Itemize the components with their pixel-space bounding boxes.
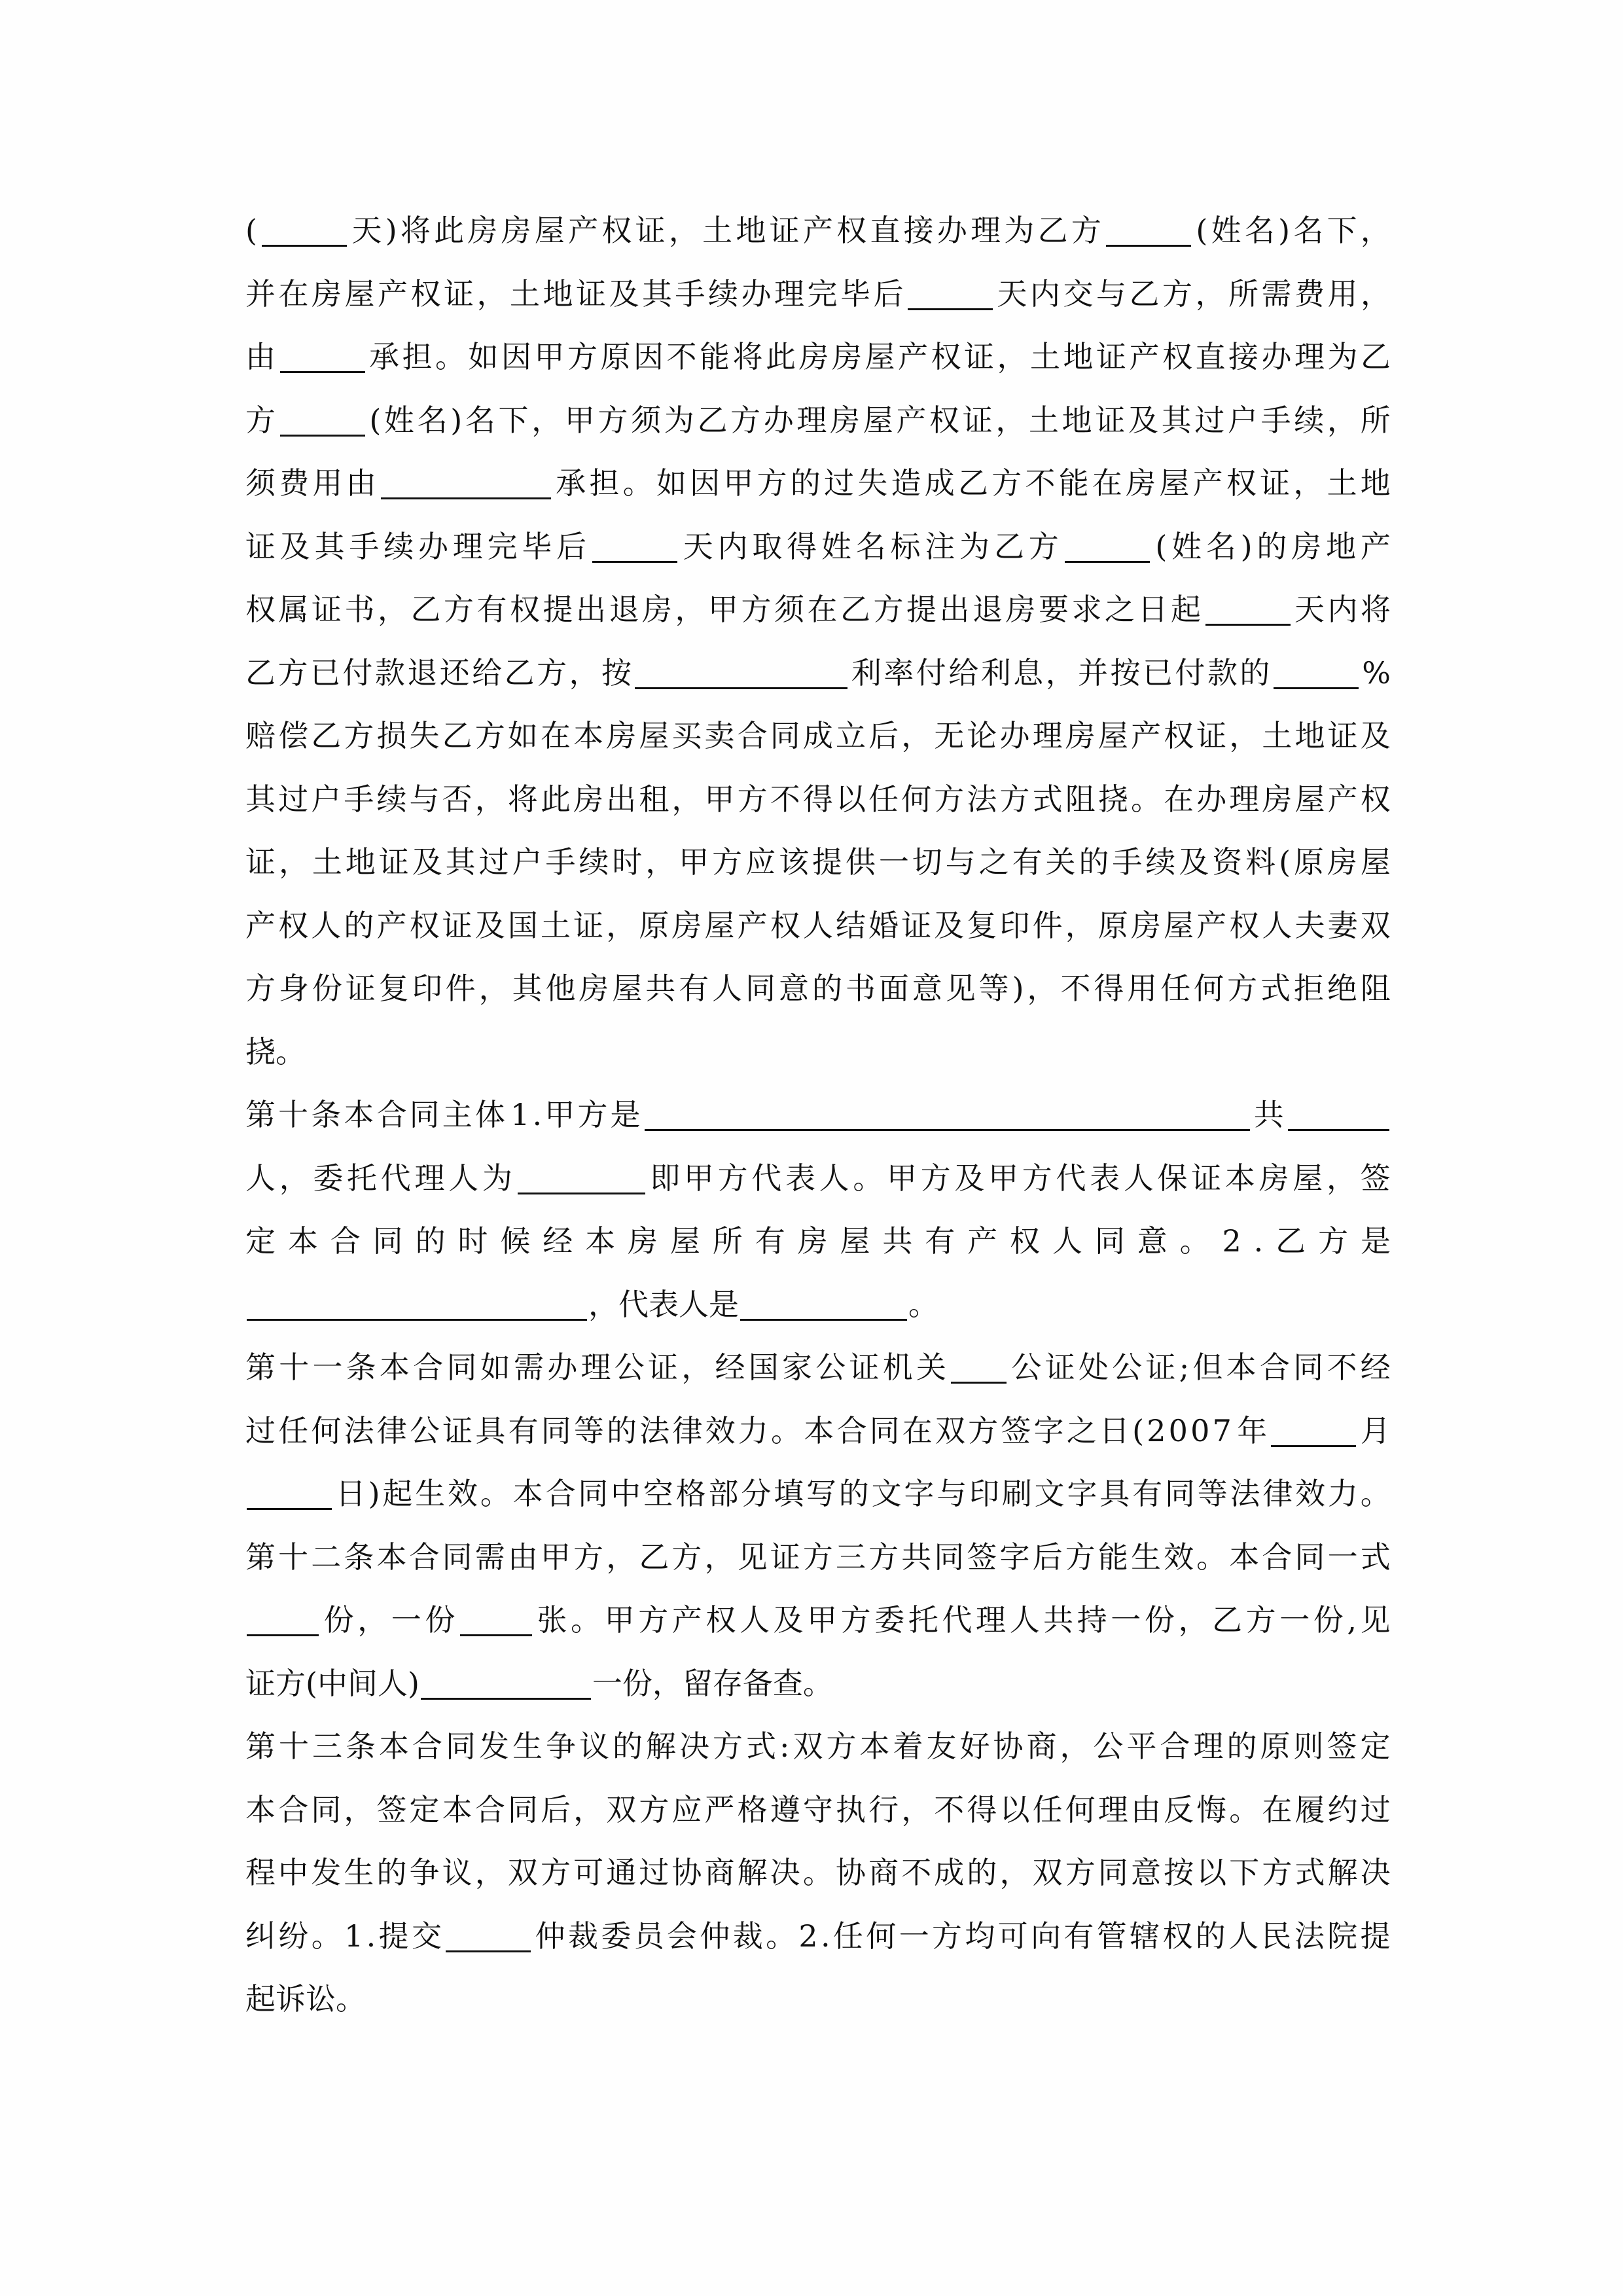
text-segment: 屋 [1361, 842, 1391, 882]
text-segment: 屋 [840, 1221, 870, 1261]
text-segment: 解 [1328, 1853, 1358, 1892]
text-segment: ， [901, 1790, 931, 1829]
text-segment: 其 [512, 969, 543, 1008]
text-segment: 以 [1196, 1853, 1226, 1892]
text-segment: 复 [379, 969, 409, 1008]
text-line: 证及其手续办理完毕后天内取得姓名标注为乙方(姓名)的房地产 [245, 527, 1391, 590]
text-segment: 证 [635, 211, 666, 250]
text-segment: 有 [1063, 1916, 1094, 1956]
text-line: 其过户手续与否，将此房出租，甲方不得以任何方法方式阻挠。在办理房屋产权 [245, 780, 1391, 843]
text-segment: 证 [1146, 1348, 1176, 1387]
text-segment: 何 [1194, 969, 1224, 1008]
text-segment: ( [1196, 211, 1207, 250]
text-segment: 印 [412, 969, 442, 1008]
text-segment: 屋 [670, 1221, 700, 1261]
text-segment: 方 [577, 1095, 607, 1134]
text-segment: . [366, 1916, 376, 1956]
text-segment: 屋 [612, 969, 642, 1008]
text-segment: 不 [901, 1853, 931, 1892]
text-segment: 方 [573, 1537, 603, 1577]
text-segment: 原 [1260, 1727, 1291, 1766]
text-segment: 同 [541, 1411, 571, 1450]
text-segment: 共 [882, 1221, 912, 1261]
text-segment: 方 [1022, 1158, 1052, 1198]
text-segment: 屋 [345, 274, 375, 314]
text-segment: 甲 [807, 1600, 837, 1640]
text-segment: 已 [310, 653, 340, 692]
fill-in-blank[interactable] [280, 401, 365, 437]
text-segment: 证 [346, 969, 376, 1008]
text-segment: 担 [589, 463, 619, 503]
text-segment: 利 [981, 653, 1011, 692]
text-segment: 同 [373, 1221, 403, 1261]
fill-in-blank[interactable] [421, 1664, 591, 1700]
text-segment: 办 [764, 401, 794, 440]
fill-in-blank[interactable] [247, 1600, 319, 1636]
fill-in-blank[interactable] [1274, 653, 1359, 689]
text-segment: 屋 [1098, 716, 1128, 755]
text-segment: 权 [278, 906, 308, 945]
text-segment: 方 [245, 401, 276, 440]
text-segment: 房 [1131, 906, 1161, 945]
text-segment: 付 [342, 653, 372, 692]
text-segment: 承 [556, 463, 586, 503]
text-segment: 与 [936, 1474, 967, 1513]
text-segment: 方 [1262, 1853, 1292, 1892]
text-line: (天)将此房房屋产权证，土地证产权直接办理为乙方(姓名)名下， [245, 211, 1391, 274]
fill-in-blank[interactable] [1271, 1411, 1356, 1447]
text-segment: 方 [671, 1537, 702, 1577]
text-segment: 所 [713, 1221, 743, 1261]
text-segment: 任 [833, 1916, 863, 1956]
text-line: 人，委托代理人为即甲方代表人。甲方及甲方代表人保证本房屋，签 [245, 1158, 1391, 1222]
text-segment: 按 [601, 653, 632, 692]
text-line: 日)起生效。本合同中空格部分填写的文字与印刷文字具有同等法律效力。 [245, 1474, 1391, 1537]
text-segment: 十 [279, 1348, 309, 1387]
text-segment: 共 [1043, 1600, 1073, 1640]
text-segment: 须 [631, 401, 661, 440]
text-segment: 纠 [245, 1916, 276, 1956]
text-segment: 按 [1164, 1853, 1194, 1892]
text-segment: 力 [738, 1411, 768, 1450]
text-line: 乙方已付款退还给乙方，按利率付给利息，并按已付款的% [245, 653, 1391, 717]
text-segment: 本 [442, 1790, 473, 1829]
text-segment: 仲 [700, 1916, 730, 1956]
text-segment: 乙 [442, 716, 473, 755]
text-segment: 均 [965, 1916, 995, 1956]
fill-in-blank[interactable] [592, 527, 677, 563]
text-segment: ， [573, 1790, 603, 1829]
text-segment: 地 [346, 842, 376, 882]
text-segment: 地 [1361, 463, 1391, 503]
text-segment: 。 [1196, 1537, 1226, 1577]
text-line: 产权人的产权证及国土证，原房屋产权人结婚证及复印件，原房屋产权人夫妻双 [245, 906, 1391, 969]
text-segment: 权 [1226, 463, 1257, 503]
text-segment: 何 [1065, 1790, 1096, 1829]
text-segment: % [1362, 653, 1391, 692]
text-segment: 证 [964, 337, 994, 376]
text-segment: ， [569, 653, 599, 692]
text-segment: 如 [480, 1348, 510, 1387]
text-segment: 方 [713, 1727, 743, 1766]
text-segment: 房 [1262, 780, 1292, 819]
text-segment: 同 [447, 1348, 477, 1387]
text-segment: 出 [576, 590, 606, 629]
text-segment: 。 [853, 1158, 883, 1198]
text-segment: ， [344, 1790, 374, 1829]
text-segment: 续 [383, 527, 414, 566]
text-segment: 证 [770, 211, 800, 250]
text-segment: 同 [508, 1790, 538, 1829]
text-segment: ， [1361, 211, 1391, 250]
text-segment: 屋 [1293, 1158, 1323, 1198]
text-segment: 。 [571, 1600, 601, 1640]
fill-in-blank[interactable] [1106, 211, 1191, 247]
fill-in-blank[interactable] [280, 337, 365, 373]
text-segment: 决 [1361, 1853, 1391, 1892]
text-segment: 办 [1262, 337, 1292, 376]
text-segment: 有 [755, 1221, 785, 1261]
text-segment: 成 [934, 1853, 964, 1892]
text-segment: 取 [752, 527, 782, 566]
text-segment: 提 [1361, 1916, 1391, 1956]
text-segment: 合 [413, 1348, 443, 1387]
text-segment: 第 [245, 1348, 276, 1387]
fill-in-blank[interactable] [381, 463, 551, 499]
text-line: 第十二条本合同需由甲方，乙方，见证方三方共同签字后方能生效。本合同一式 [245, 1537, 1391, 1601]
text-segment: 土 [702, 211, 732, 250]
text-segment: 户 [1228, 401, 1258, 440]
text-segment: 续 [579, 842, 609, 882]
text-segment: 过 [639, 1853, 669, 1892]
text-segment: 付 [916, 653, 946, 692]
text-segment: 过 [278, 780, 308, 819]
text-segment: 人 [1228, 1916, 1258, 1956]
text-segment: 阻 [1361, 969, 1391, 1008]
text-segment: 合 [738, 716, 768, 755]
text-segment: 格 [676, 1474, 706, 1513]
text-segment: 方 [567, 337, 597, 376]
text-segment: 绝 [1327, 969, 1357, 1008]
text-segment: 合 [330, 1221, 361, 1261]
fill-in-blank[interactable] [1205, 590, 1291, 626]
text-segment: 乙 [311, 716, 341, 755]
text-segment: 并 [1078, 653, 1108, 692]
text-segment: 本 [573, 716, 603, 755]
text-segment: 张 [537, 1600, 567, 1640]
text-segment: 本 [513, 1474, 543, 1513]
text-segment: 姓 [1211, 211, 1241, 250]
text-segment: 及 [1179, 842, 1209, 882]
text-segment: 裁 [733, 1916, 763, 1956]
text-segment: 本 [245, 1790, 276, 1829]
text-segment: 产 [376, 906, 406, 945]
text-segment: 执 [836, 1790, 866, 1829]
text-segment: 主 [442, 1095, 473, 1134]
text-segment: 合 [1262, 1537, 1292, 1577]
text-segment: 好 [960, 1727, 990, 1766]
text-segment: 一 [391, 1600, 421, 1640]
text-segment: 的 [613, 1727, 643, 1766]
text-segment: 接 [904, 211, 934, 250]
text-segment: 。 [803, 1853, 833, 1892]
text-segment: 理 [971, 211, 1001, 250]
fill-in-blank[interactable] [262, 211, 347, 247]
text-segment: 土 [541, 906, 571, 945]
text-segment: 。 [623, 463, 653, 503]
text-segment: 协 [671, 1853, 702, 1892]
text-segment: ， [671, 780, 702, 819]
text-segment: . [821, 1916, 830, 1956]
text-segment: 中 [611, 1474, 641, 1513]
text-segment: 权 [411, 274, 441, 314]
text-segment: 本 [376, 1537, 406, 1577]
text-segment: 产 [1130, 337, 1160, 376]
fill-in-blank[interactable] [1288, 1095, 1389, 1131]
text-segment: 须 [245, 463, 276, 503]
text-segment: 由 [1131, 1790, 1161, 1829]
text-segment: ， [475, 780, 505, 819]
text-segment: 屋 [863, 401, 893, 440]
text-segment: 表 [1090, 1158, 1120, 1198]
text-segment: 其 [245, 780, 276, 819]
text-segment: 办 [937, 211, 967, 250]
text-segment: 供 [846, 842, 876, 882]
text-segment: 可 [573, 1853, 603, 1892]
text-segment: 应 [671, 1790, 702, 1829]
text-segment: 有 [1012, 842, 1043, 882]
text-segment: 合 [377, 1095, 407, 1134]
text-segment: 承 [369, 337, 399, 376]
text-segment: 能 [1098, 1537, 1128, 1577]
text-segment: 此 [766, 337, 796, 376]
text-segment: 名 [1245, 211, 1275, 250]
text-segment: 国 [749, 1348, 779, 1387]
text-segment: 方 [541, 1853, 571, 1892]
text-segment: 将 [1361, 590, 1391, 629]
text-segment: 房 [1327, 842, 1357, 882]
text-segment: 屋 [865, 337, 895, 376]
text-line: 挠。 [245, 1032, 1391, 1096]
text-segment: 挠。 [245, 1032, 306, 1071]
text-segment: 房 [832, 337, 862, 376]
text-segment: 天 [683, 527, 713, 566]
text-segment: 合 [278, 1790, 308, 1829]
text-segment: 权 [1162, 337, 1192, 376]
text-segment: 方 [741, 590, 772, 629]
text-segment: 份 [324, 1600, 354, 1640]
text-segment: 机 [883, 1348, 913, 1387]
text-segment: 后 [874, 274, 904, 314]
text-segment: 即 [650, 1158, 680, 1198]
text-segment: ， [645, 842, 675, 882]
text-segment: 家 [782, 1348, 812, 1387]
text-segment: 注 [925, 527, 955, 566]
text-segment: 由 [245, 337, 276, 376]
text-segment: 完 [488, 527, 518, 566]
text-segment: 方 [1029, 527, 1059, 566]
text-segment: 费 [279, 463, 309, 503]
text-segment: 及 [774, 1600, 804, 1640]
fill-in-blank[interactable] [645, 1095, 1250, 1131]
text-segment: 1 [510, 1095, 529, 1134]
text-segment: 房 [606, 716, 636, 755]
text-segment: 婚 [868, 906, 899, 945]
text-segment: 解 [646, 1727, 676, 1766]
fill-in-blank[interactable] [1065, 527, 1150, 563]
text-segment: 0 [1190, 1411, 1209, 1450]
text-segment: 何 [311, 1411, 341, 1450]
text-segment: ( [1279, 842, 1291, 882]
text-segment: ， [1000, 1853, 1030, 1892]
text-segment: 证 [648, 1348, 678, 1387]
fill-in-blank[interactable] [460, 1600, 532, 1636]
text-segment: 合 [1260, 1348, 1290, 1387]
text-segment: 乙 [1130, 274, 1160, 314]
text-segment: 公 [615, 1348, 645, 1387]
text-segment: 院 [1327, 1916, 1357, 1956]
text-segment: 同 [770, 716, 800, 755]
text-segment: 共 [1254, 1095, 1284, 1134]
text-line: 并在房屋产权证，土地证及其手续办理完毕后天内交与乙方，所需费用， [245, 274, 1391, 338]
text-segment: 同 [578, 1474, 608, 1513]
text-segment: 生 [344, 1853, 374, 1892]
text-segment: 担 [402, 337, 433, 376]
text-segment: 任 [1033, 1790, 1063, 1829]
text-segment: 。 [1229, 1790, 1259, 1829]
text-segment: 签 [1361, 1158, 1391, 1198]
text-segment: 办 [1000, 716, 1030, 755]
text-segment: 份 [1313, 1600, 1344, 1640]
text-segment: 表 [785, 1158, 815, 1198]
text-segment: 十 [278, 1537, 308, 1577]
text-segment: 证 [442, 1411, 473, 1450]
text-segment: 因 [633, 337, 664, 376]
text-segment: 权 [410, 906, 440, 945]
fill-in-blank[interactable] [908, 274, 993, 310]
text-segment: 方 [968, 1411, 998, 1450]
fill-in-blank[interactable] [446, 1916, 531, 1952]
text-segment: 房 [799, 337, 829, 376]
text-segment: 不 [1060, 969, 1090, 1008]
text-segment: 地 [1295, 716, 1325, 755]
text-segment: 部 [709, 1474, 739, 1513]
text-segment: 手 [545, 842, 575, 882]
text-segment: 7 [1213, 1411, 1232, 1450]
text-line: 份，一份张。甲方产权人及甲方委托代理人共持一份，乙方一份,见 [245, 1600, 1391, 1664]
text-segment: 还 [440, 653, 470, 692]
text-segment: 人 [819, 1158, 849, 1198]
text-segment: 权 [245, 590, 276, 629]
text-segment: 的 [344, 906, 374, 945]
fill-in-blank[interactable] [247, 1285, 587, 1321]
text-segment: 权 [931, 337, 961, 376]
text-segment: 户 [311, 780, 341, 819]
text-segment: 产 [738, 906, 768, 945]
text-segment: 不 [1327, 1348, 1357, 1387]
text-segment: ， [1361, 274, 1391, 314]
text-segment: 甲 [988, 1158, 1018, 1198]
text-segment: 证 [1328, 716, 1358, 755]
text-segment: 面 [879, 969, 909, 1008]
text-segment: ， [1027, 969, 1057, 1008]
text-segment: 方 [730, 401, 760, 440]
text-segment: 份 [425, 1600, 455, 1640]
text-segment: 及 [280, 527, 310, 566]
fill-in-blank[interactable] [247, 1474, 332, 1510]
text-segment: 发 [311, 1853, 341, 1892]
text-segment: 能 [700, 337, 730, 376]
text-segment: 一 [1111, 1600, 1141, 1640]
text-segment: 国 [508, 906, 538, 945]
text-segment: 式 [1260, 969, 1291, 1008]
text-segment: 由 [508, 1537, 538, 1577]
fill-in-blank[interactable] [740, 1285, 907, 1321]
text-segment: 见 [738, 1537, 768, 1577]
text-segment: 之 [1067, 1411, 1097, 1450]
text-segment: . [1254, 1221, 1264, 1261]
text-segment: 乙 [1038, 211, 1068, 250]
text-segment: 的 [607, 1411, 637, 1450]
text-segment: 具 [475, 1411, 505, 1450]
text-segment: 甲 [565, 401, 595, 440]
text-segment: 办 [547, 1348, 577, 1387]
text-segment: ， [1327, 401, 1357, 440]
text-segment: 定 [245, 1221, 276, 1261]
fill-in-blank[interactable] [951, 1348, 1007, 1384]
text-segment: 卖 [705, 716, 735, 755]
text-segment: 同 [1095, 1221, 1125, 1261]
fill-in-blank[interactable] [518, 1158, 645, 1194]
text-segment: 能 [1059, 463, 1089, 503]
text-segment: 仲 [535, 1916, 565, 1956]
text-segment: 证 [770, 1537, 800, 1577]
text-segment: ， [1046, 653, 1076, 692]
text-segment: 证 [1191, 1158, 1221, 1198]
text-segment: 1 [344, 1916, 363, 1956]
text-segment: 户 [512, 842, 543, 882]
text-segment: 乙 [1275, 1221, 1306, 1261]
text-segment: 手 [1261, 401, 1291, 440]
text-line: 程中发生的争议，双方可通过协商解决。协商不成的，双方同意按以下方式解决 [245, 1853, 1391, 1916]
text-segment: 方 [841, 1600, 871, 1640]
text-line: 纠纷。1.提交仲裁委员会仲裁。2.任何一方均可向有管辖权的人民法院提 [245, 1916, 1391, 1980]
text-segment: 效 [705, 1411, 736, 1450]
text-segment: 甲 [708, 590, 738, 629]
text-segment: 一 [1279, 1600, 1310, 1640]
text-segment: 字 [1034, 1411, 1064, 1450]
text-segment: 乙 [639, 1537, 669, 1577]
text-segment: 方 [245, 969, 276, 1008]
text-segment: 有 [508, 1411, 539, 1450]
fill-in-blank[interactable] [635, 653, 847, 689]
text-segment: 人 [245, 1158, 276, 1198]
text-segment: 证 [379, 842, 409, 882]
text-segment: 意 [1131, 1853, 1161, 1892]
text-segment: 意 [912, 969, 942, 1008]
text-segment: 。 [908, 1285, 938, 1324]
text-segment: ， [606, 1537, 636, 1577]
text-segment: 共 [645, 969, 675, 1008]
text-segment: 屋 [1295, 780, 1325, 819]
text-segment: 房 [1291, 527, 1321, 566]
text-segment: 人 [803, 906, 833, 945]
text-segment: 体 [475, 1095, 505, 1134]
text-segment: ( [245, 211, 257, 250]
text-segment: 但 [1193, 1348, 1223, 1387]
text-segment: 印 [1000, 906, 1030, 945]
text-segment: ， [1229, 716, 1259, 755]
